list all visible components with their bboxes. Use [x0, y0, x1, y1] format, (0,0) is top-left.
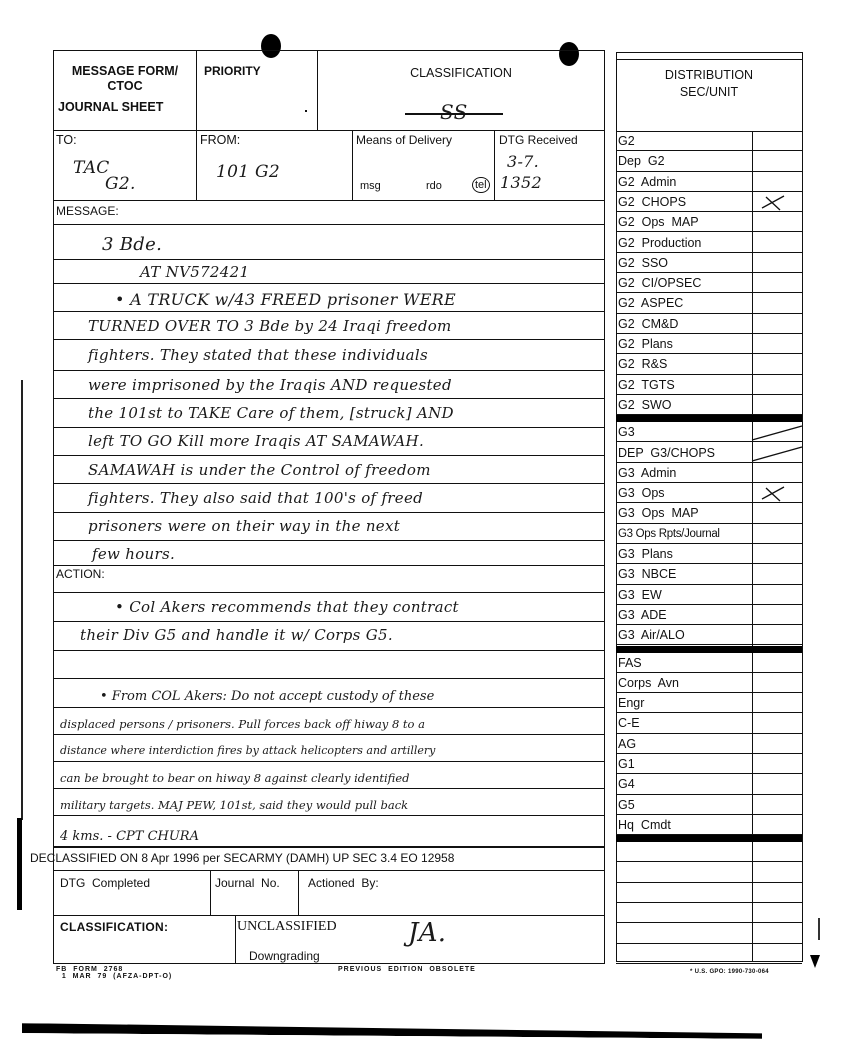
x-mark-icon — [752, 192, 802, 212]
scan-right-mark — [818, 918, 820, 940]
distribution-check-cell[interactable] — [752, 564, 802, 584]
message-line[interactable]: left TO GO Kill more Iraqis AT SAMAWAH. — [88, 432, 424, 450]
distribution-label: G5 — [618, 798, 635, 812]
distribution-check-cell[interactable] — [752, 693, 802, 713]
distribution-row-g4: G4 — [616, 774, 802, 794]
action-line[interactable]: their Div G5 and handle it w/ Corps G5. — [80, 626, 393, 644]
distribution-row-hq-cmdt: Hq Cmdt — [616, 815, 802, 835]
distribution-row-g3-ops-map: G3 Ops MAP — [616, 503, 802, 523]
distribution-check-cell[interactable] — [752, 253, 802, 273]
footer-gpo: * U.S. GPO: 1990-730-064 — [690, 968, 769, 976]
dtg-received-date[interactable]: 3-7. — [507, 152, 539, 171]
distribution-label: G3 Ops MAP — [618, 506, 699, 520]
classification-stamp: UNCLASSIFIED — [237, 920, 337, 934]
declassified-stamp: DECLASSIFIED ON 8 Apr 1996 per SECARMY (… — [30, 851, 454, 865]
distribution-check-cell[interactable] — [752, 944, 802, 964]
distribution-row-engr: Engr — [616, 693, 802, 713]
distribution-check-cell[interactable] — [752, 273, 802, 293]
divider — [494, 130, 495, 200]
distribution-row-corps-avn: Corps Avn — [616, 673, 802, 693]
divider — [616, 59, 803, 60]
distribution-row-dep-g3-chops: DEP G3/CHOPS — [616, 443, 802, 463]
divider — [53, 963, 605, 964]
distribution-label: G2 CM&D — [618, 317, 678, 331]
distribution-row-g2-ci-opsec: G2 CI/OPSEC — [616, 273, 802, 293]
distribution-label: G2 Production — [618, 236, 701, 250]
distribution-row-g3-ops-rpts-journal: G3 Ops Rpts/Journal — [616, 524, 802, 544]
divider — [235, 915, 236, 963]
distribution-row-blank — [616, 903, 802, 923]
distribution-label: G2 — [618, 134, 635, 148]
distribution-check-cell[interactable] — [752, 443, 802, 463]
scan-margin-bar — [17, 818, 22, 910]
group-separator — [616, 835, 802, 842]
group-separator — [616, 646, 802, 653]
distribution-header-line2: SEC/UNIT — [616, 85, 802, 99]
divider — [196, 130, 197, 200]
scan-bottom-bar — [22, 1023, 762, 1039]
distribution-check-cell[interactable] — [752, 172, 802, 192]
distribution-row-g1: G1 — [616, 754, 802, 774]
means-of-delivery-label: Means of Delivery — [356, 133, 452, 147]
classification-strike — [405, 113, 503, 115]
distribution-check-cell[interactable] — [752, 605, 802, 625]
distribution-check-cell[interactable] — [752, 503, 802, 523]
distribution-label: Corps Avn — [618, 676, 679, 690]
distribution-check-cell[interactable] — [752, 585, 802, 605]
distribution-label: G3 Plans — [618, 547, 673, 561]
footer-form-line2: 1 MAR 79 (AFZA-DPT-O) — [56, 973, 172, 981]
divider — [317, 50, 318, 130]
distribution-check-cell[interactable] — [752, 883, 802, 903]
action-line[interactable]: 4 kms. - CPT CHURA — [60, 829, 199, 844]
distribution-check-cell[interactable] — [752, 483, 802, 503]
distribution-label: G2 CHOPS — [618, 195, 686, 209]
distribution-label: DEP G3/CHOPS — [618, 446, 715, 460]
distribution-label: G3 EW — [618, 588, 662, 602]
distribution-label: G2 Admin — [618, 175, 676, 189]
action-line[interactable]: can be brought to bear on hiway 8 agains… — [60, 771, 410, 785]
divider — [604, 847, 605, 963]
dtg-completed-field[interactable] — [53, 870, 210, 915]
declassified-prefix: DEC — [30, 851, 55, 865]
scan-margin-line — [21, 380, 23, 820]
distribution-row-blank — [616, 944, 802, 964]
message-line[interactable]: SAMAWAH is under the Control of freedom — [88, 461, 431, 479]
form-title-line3: JOURNAL SHEET — [58, 100, 163, 114]
to-value-line2[interactable]: G2. — [105, 174, 136, 194]
distribution-check-cell[interactable] — [752, 233, 802, 253]
message-line[interactable]: • A TRUCK w/43 FREED prisoner WERE — [115, 290, 456, 309]
from-value[interactable]: 101 G2 — [216, 162, 280, 182]
distribution-check-cell[interactable] — [752, 463, 802, 483]
form-title-line1: MESSAGE FORM/ — [62, 64, 188, 78]
distribution-row-g2-plans: G2 Plans — [616, 334, 802, 354]
distribution-check-cell[interactable] — [752, 375, 802, 395]
distribution-check-cell[interactable] — [752, 863, 802, 883]
distribution-label: G2 Plans — [618, 337, 673, 351]
message-line[interactable]: fighters. They also said that 100's of f… — [88, 489, 423, 507]
journal-no-field[interactable] — [211, 870, 298, 915]
divider — [196, 50, 197, 130]
message-label: MESSAGE: — [56, 204, 119, 218]
distribution-check-cell[interactable] — [752, 192, 802, 212]
distribution-row-g3-nbce: G3 NBCE — [616, 564, 802, 584]
dtg-received-time[interactable]: 1352 — [500, 173, 542, 192]
message-line[interactable]: were imprisoned by the Iraqis AND reques… — [88, 376, 452, 394]
footer-previous-edition: PREVIOUS EDITION OBSOLETE — [338, 966, 476, 974]
distribution-row-g2-production: G2 Production — [616, 233, 802, 253]
distribution-row-g2-cm-d: G2 CM&D — [616, 314, 802, 334]
distribution-check-cell[interactable] — [752, 713, 802, 733]
distribution-label: G3 NBCE — [618, 567, 676, 581]
action-line[interactable]: • From COL Akers: Do not accept custody … — [100, 689, 434, 704]
classification-value[interactable]: SS — [440, 100, 468, 124]
means-rdo[interactable]: rdo — [426, 179, 442, 193]
slash-mark-icon — [752, 443, 804, 463]
from-label: FROM: — [200, 133, 240, 147]
distribution-check-cell[interactable] — [752, 334, 802, 354]
speck — [305, 110, 307, 112]
distribution-label: AG — [618, 737, 636, 751]
to-label: TO: — [56, 133, 77, 147]
distribution-check-cell[interactable] — [752, 923, 802, 943]
group-separator — [616, 415, 802, 422]
distribution-row-blank — [616, 923, 802, 943]
distribution-row-g2-admin: G2 Admin — [616, 172, 802, 192]
distribution-row-g3: G3 — [616, 422, 802, 442]
distribution-label: G3 Ops — [618, 486, 665, 500]
message-line[interactable]: few hours. — [92, 545, 175, 563]
distribution-label: Dep G2 — [618, 154, 665, 168]
distribution-label: FAS — [618, 656, 642, 670]
message-line[interactable]: TURNED OVER TO 3 Bde by 24 Iraqi freedom — [88, 317, 452, 335]
form-title-line2: CTOC — [62, 79, 188, 93]
distribution-row-g2-chops: G2 CHOPS — [616, 192, 802, 212]
distribution-label: G2 SSO — [618, 256, 668, 270]
distribution-label: G2 Ops MAP — [618, 215, 699, 229]
distribution-check-cell[interactable] — [752, 625, 802, 645]
distribution-row-g3-admin: G3 Admin — [616, 463, 802, 483]
distribution-row-g3-ops: G3 Ops — [616, 483, 802, 503]
classification-label: CLASSIFICATION — [318, 66, 604, 80]
distribution-check-cell[interactable] — [752, 673, 802, 693]
distribution-check-cell[interactable] — [752, 422, 802, 442]
distribution-row-blank — [616, 863, 802, 883]
priority-label: PRIORITY — [204, 64, 261, 78]
distribution-check-cell[interactable] — [752, 354, 802, 374]
distribution-check-cell[interactable] — [752, 151, 802, 171]
means-msg[interactable]: msg — [360, 179, 381, 193]
distribution-row-blank — [616, 842, 802, 862]
divider — [53, 200, 605, 201]
distribution-label: G2 R&S — [618, 357, 667, 371]
message-line[interactable]: prisoners were on their way in the next — [88, 517, 400, 535]
distribution-row-blank — [616, 883, 802, 903]
distribution-row-g3-air-alo: G3 Air/ALO — [616, 625, 802, 645]
distribution-check-cell[interactable] — [752, 544, 802, 564]
distribution-label: G3 — [618, 425, 635, 439]
scan-corner-mark — [810, 955, 820, 968]
distribution-label: G2 SWO — [618, 398, 671, 412]
distribution-label: Engr — [618, 696, 644, 710]
distribution-label: G3 Admin — [618, 466, 676, 480]
distribution-row-g2-tgts: G2 TGTS — [616, 375, 802, 395]
distribution-label: G4 — [618, 777, 635, 791]
distribution-label: G1 — [618, 757, 635, 771]
distribution-label: C-E — [618, 716, 640, 730]
distribution-row-g2-r-s: G2 R&S — [616, 354, 802, 374]
distribution-check-cell[interactable] — [752, 395, 802, 415]
distribution-check-cell[interactable] — [752, 815, 802, 835]
message-line[interactable]: fighters. They stated that these individ… — [88, 346, 428, 364]
distribution-row-g2-sso: G2 SSO — [616, 253, 802, 273]
downgrading-label: Downgrading — [249, 949, 320, 963]
distribution-check-cell[interactable] — [752, 131, 802, 151]
distribution-check-cell[interactable] — [752, 653, 802, 673]
message-line[interactable]: 3 Bde. — [102, 234, 162, 255]
distribution-row-g2: G2 — [616, 131, 802, 151]
distribution-label: G2 TGTS — [618, 378, 675, 392]
x-mark-icon — [752, 483, 802, 503]
distribution-check-cell[interactable] — [752, 842, 802, 862]
dtg-received-label: DTG Received — [499, 133, 578, 147]
divider — [352, 130, 353, 200]
action-line[interactable]: distance where interdiction fires by att… — [60, 744, 435, 757]
distribution-label: G3 ADE — [618, 608, 667, 622]
distribution-row-g3-plans: G3 Plans — [616, 544, 802, 564]
distribution-check-cell[interactable] — [752, 774, 802, 794]
declassified-text: LASSIFIED ON 8 Apr 1996 per SECARMY (DAM… — [55, 851, 454, 865]
distribution-row-g2-swo: G2 SWO — [616, 395, 802, 415]
distribution-row-g2-aspec: G2 ASPEC — [616, 293, 802, 313]
distribution-row-fas: FAS — [616, 653, 802, 673]
distribution-check-cell[interactable] — [752, 524, 802, 544]
distribution-label: G3 Ops Rpts/Journal — [618, 527, 720, 541]
action-line[interactable]: • Col Akers recommends that they contrac… — [115, 598, 459, 616]
distribution-row-ag: AG — [616, 734, 802, 754]
distribution-label: Hq Cmdt — [618, 818, 671, 832]
action-label: ACTION: — [56, 567, 105, 581]
divider — [53, 130, 605, 131]
message-line[interactable]: the 101st to TAKE Care of them, [struck]… — [88, 404, 454, 422]
distribution-row-g3-ade: G3 ADE — [616, 605, 802, 625]
actioned-by-field[interactable] — [299, 870, 604, 915]
message-line[interactable]: AT NV572421 — [140, 263, 249, 281]
distribution-check-cell[interactable] — [752, 903, 802, 923]
distribution-label: G3 Air/ALO — [618, 628, 685, 642]
distribution-label: G2 CI/OPSEC — [618, 276, 701, 290]
distribution-row-c-e: C-E — [616, 713, 802, 733]
distribution-check-cell[interactable] — [752, 293, 802, 313]
distribution-row-g3-ew: G3 EW — [616, 585, 802, 605]
distribution-row-g5: G5 — [616, 795, 802, 815]
classification-bottom-label: CLASSIFICATION: — [60, 920, 168, 934]
means-tel-circled[interactable]: tel — [472, 177, 490, 193]
action-line[interactable]: military targets. MAJ PEW, 101st, said t… — [60, 798, 408, 812]
distribution-check-cell[interactable] — [752, 734, 802, 754]
distribution-row-g2-ops-map: G2 Ops MAP — [616, 212, 802, 232]
distribution-check-cell[interactable] — [752, 314, 802, 334]
distribution-row-dep-g2: Dep G2 — [616, 151, 802, 171]
distribution-panel: DISTRIBUTION SEC/UNIT G2Dep G2G2 AdminG2… — [616, 52, 803, 962]
slash-mark-icon — [752, 422, 804, 442]
initials-signature: JA. — [408, 918, 446, 948]
divider — [53, 915, 605, 916]
action-line[interactable]: displaced persons / prisoners. Pull forc… — [60, 717, 425, 731]
distribution-check-cell[interactable] — [752, 212, 802, 232]
distribution-label: G2 ASPEC — [618, 296, 683, 310]
distribution-header-line1: DISTRIBUTION — [616, 68, 802, 82]
distribution-check-cell[interactable] — [752, 754, 802, 774]
distribution-check-cell[interactable] — [752, 795, 802, 815]
